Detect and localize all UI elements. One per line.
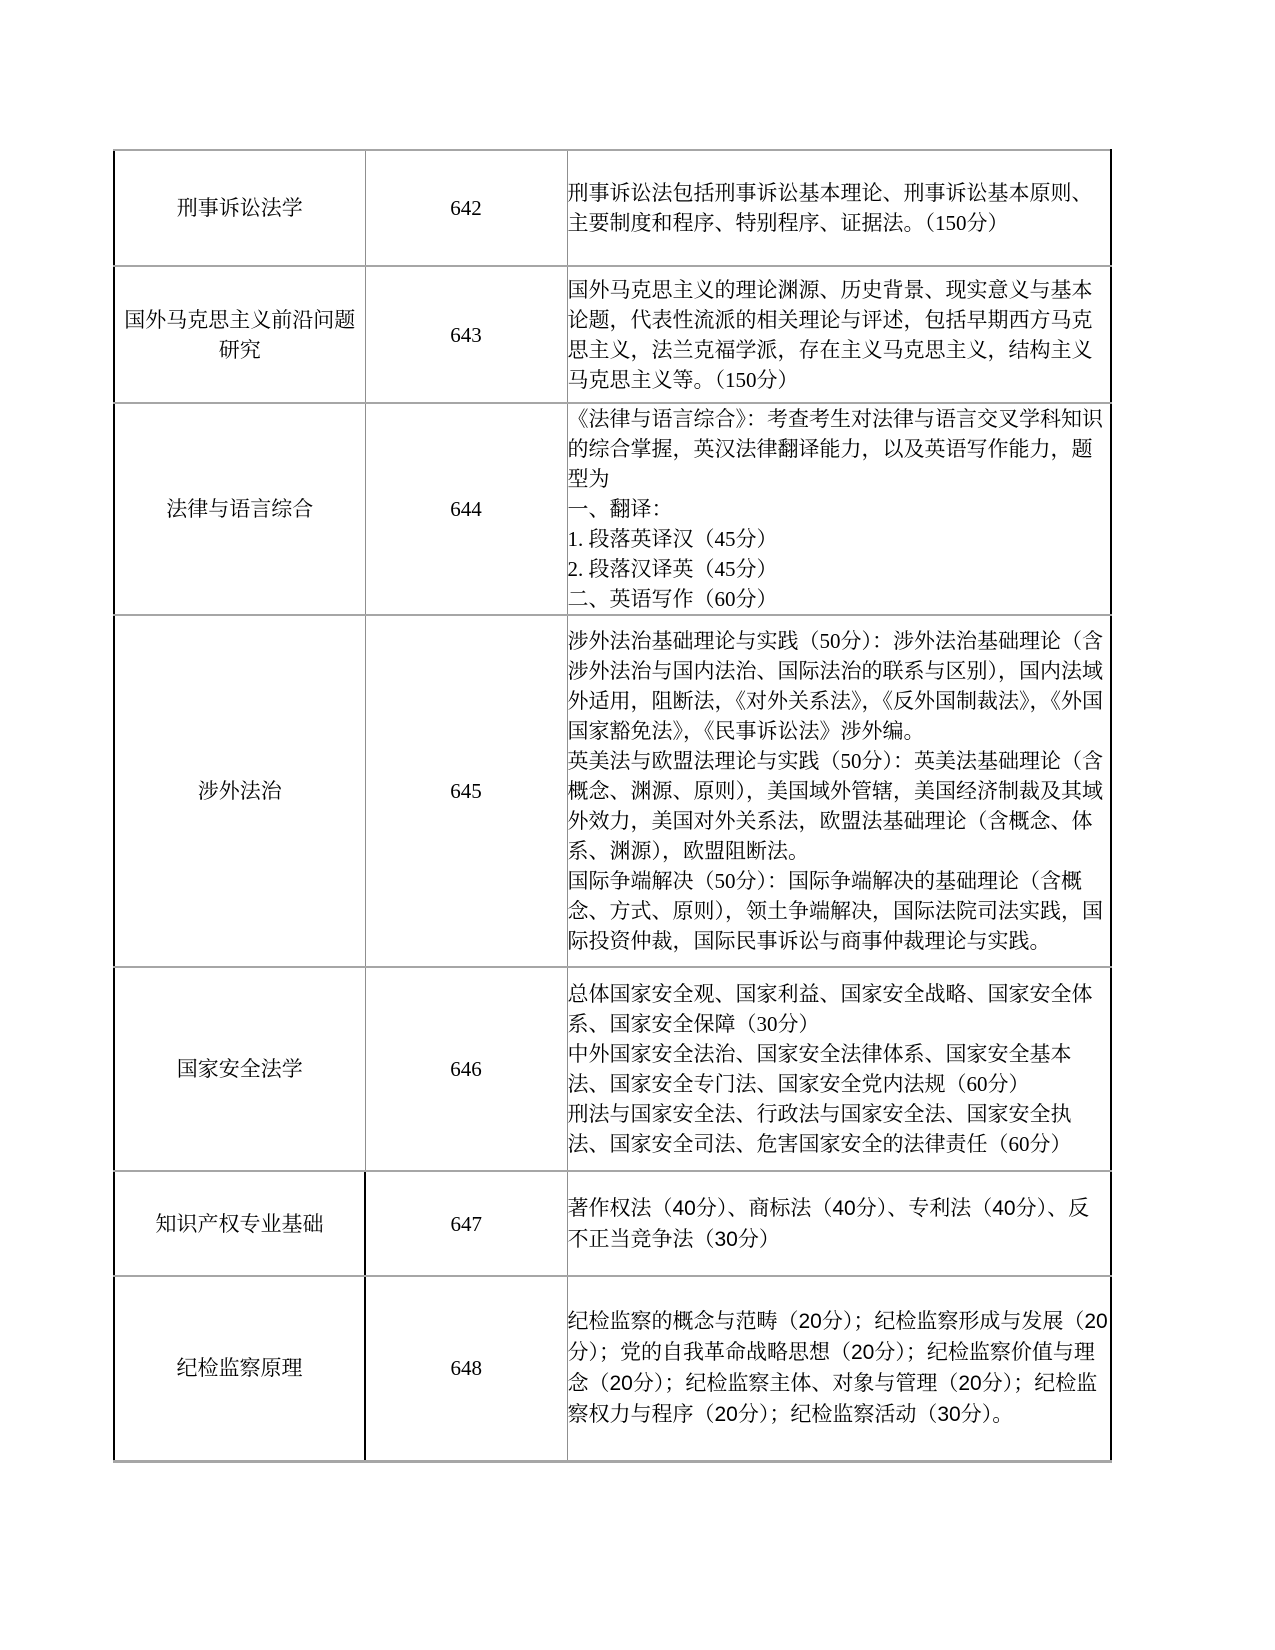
score-number: 20 <box>799 1310 822 1333</box>
table-row: 涉外法治645涉外法治基础理论与实践（50分）：涉外法治基础理论（含涉外法治与国… <box>114 615 1111 967</box>
subject-description-cell: 著作权法（40分）、商标法（40分）、专利法（40分）、反不正当竞争法（30分） <box>567 1171 1111 1276</box>
score-number: 20 <box>715 1403 738 1426</box>
table-row: 法律与语言综合644《法律与语言综合》：考查考生对法律与语言交叉学科知识的综合掌… <box>114 403 1111 615</box>
subject-name-cell: 法律与语言综合 <box>114 403 365 615</box>
score-number: 20 <box>958 1372 981 1395</box>
subject-name-cell: 涉外法治 <box>114 615 365 967</box>
score-number: 20 <box>1084 1310 1107 1333</box>
score-number: 20 <box>610 1372 633 1395</box>
subject-description-cell: 《法律与语言综合》：考查考生对法律与语言交叉学科知识的综合掌握，英汉法律翻译能力… <box>567 403 1111 615</box>
score-number: 30 <box>937 1403 960 1426</box>
subject-description-cell: 总体国家安全观、国家利益、国家安全战略、国家安全体系、国家安全保障（30分） 中… <box>567 967 1111 1171</box>
subject-table-body: 刑事诉讼法学642刑事诉讼法包括刑事诉讼基本理论、刑事诉讼基本原则、主要制度和程… <box>114 150 1111 1461</box>
subject-code-cell: 645 <box>365 615 567 967</box>
table-row: 国家安全法学646总体国家安全观、国家利益、国家安全战略、国家安全体系、国家安全… <box>114 967 1111 1171</box>
subject-description-cell: 涉外法治基础理论与实践（50分）：涉外法治基础理论（含涉外法治与国内法治、国际法… <box>567 615 1111 967</box>
subject-name-cell: 知识产权专业基础 <box>114 1171 365 1276</box>
subject-code-cell: 648 <box>365 1276 567 1461</box>
table-row: 国外马克思主义前沿问题研究643国外马克思主义的理论渊源、历史背景、现实意义与基… <box>114 266 1111 403</box>
subject-syllabus-table: 刑事诉讼法学642刑事诉讼法包括刑事诉讼基本理论、刑事诉讼基本原则、主要制度和程… <box>113 149 1112 1463</box>
subject-code-cell: 643 <box>365 266 567 403</box>
subject-description-cell: 刑事诉讼法包括刑事诉讼基本理论、刑事诉讼基本原则、主要制度和程序、特别程序、证据… <box>567 150 1111 266</box>
score-number: 30 <box>715 1228 738 1251</box>
subject-code-cell: 646 <box>365 967 567 1171</box>
subject-name-cell: 国家安全法学 <box>114 967 365 1171</box>
score-number: 40 <box>992 1197 1015 1220</box>
subject-code-cell: 647 <box>365 1171 567 1276</box>
subject-name-cell: 刑事诉讼法学 <box>114 150 365 266</box>
table-row: 刑事诉讼法学642刑事诉讼法包括刑事诉讼基本理论、刑事诉讼基本原则、主要制度和程… <box>114 150 1111 266</box>
subject-description-cell: 纪检监察的概念与范畴（20分）；纪检监察形成与发展（20分）；党的自我革命战略思… <box>567 1276 1111 1461</box>
subject-code-cell: 642 <box>365 150 567 266</box>
document-page: 刑事诉讼法学642刑事诉讼法包括刑事诉讼基本理论、刑事诉讼基本原则、主要制度和程… <box>0 0 1275 1650</box>
subject-description-cell: 国外马克思主义的理论渊源、历史背景、现实意义与基本论题，代表性流派的相关理论与评… <box>567 266 1111 403</box>
score-number: 40 <box>832 1197 855 1220</box>
score-number: 40 <box>673 1197 696 1220</box>
table-row: 纪检监察原理648纪检监察的概念与范畴（20分）；纪检监察形成与发展（20分）；… <box>114 1276 1111 1461</box>
table-row: 知识产权专业基础647著作权法（40分）、商标法（40分）、专利法（40分）、反… <box>114 1171 1111 1276</box>
subject-name-cell: 纪检监察原理 <box>114 1276 365 1461</box>
score-number: 20 <box>851 1341 874 1364</box>
subject-code-cell: 644 <box>365 403 567 615</box>
subject-name-cell: 国外马克思主义前沿问题研究 <box>114 266 365 403</box>
